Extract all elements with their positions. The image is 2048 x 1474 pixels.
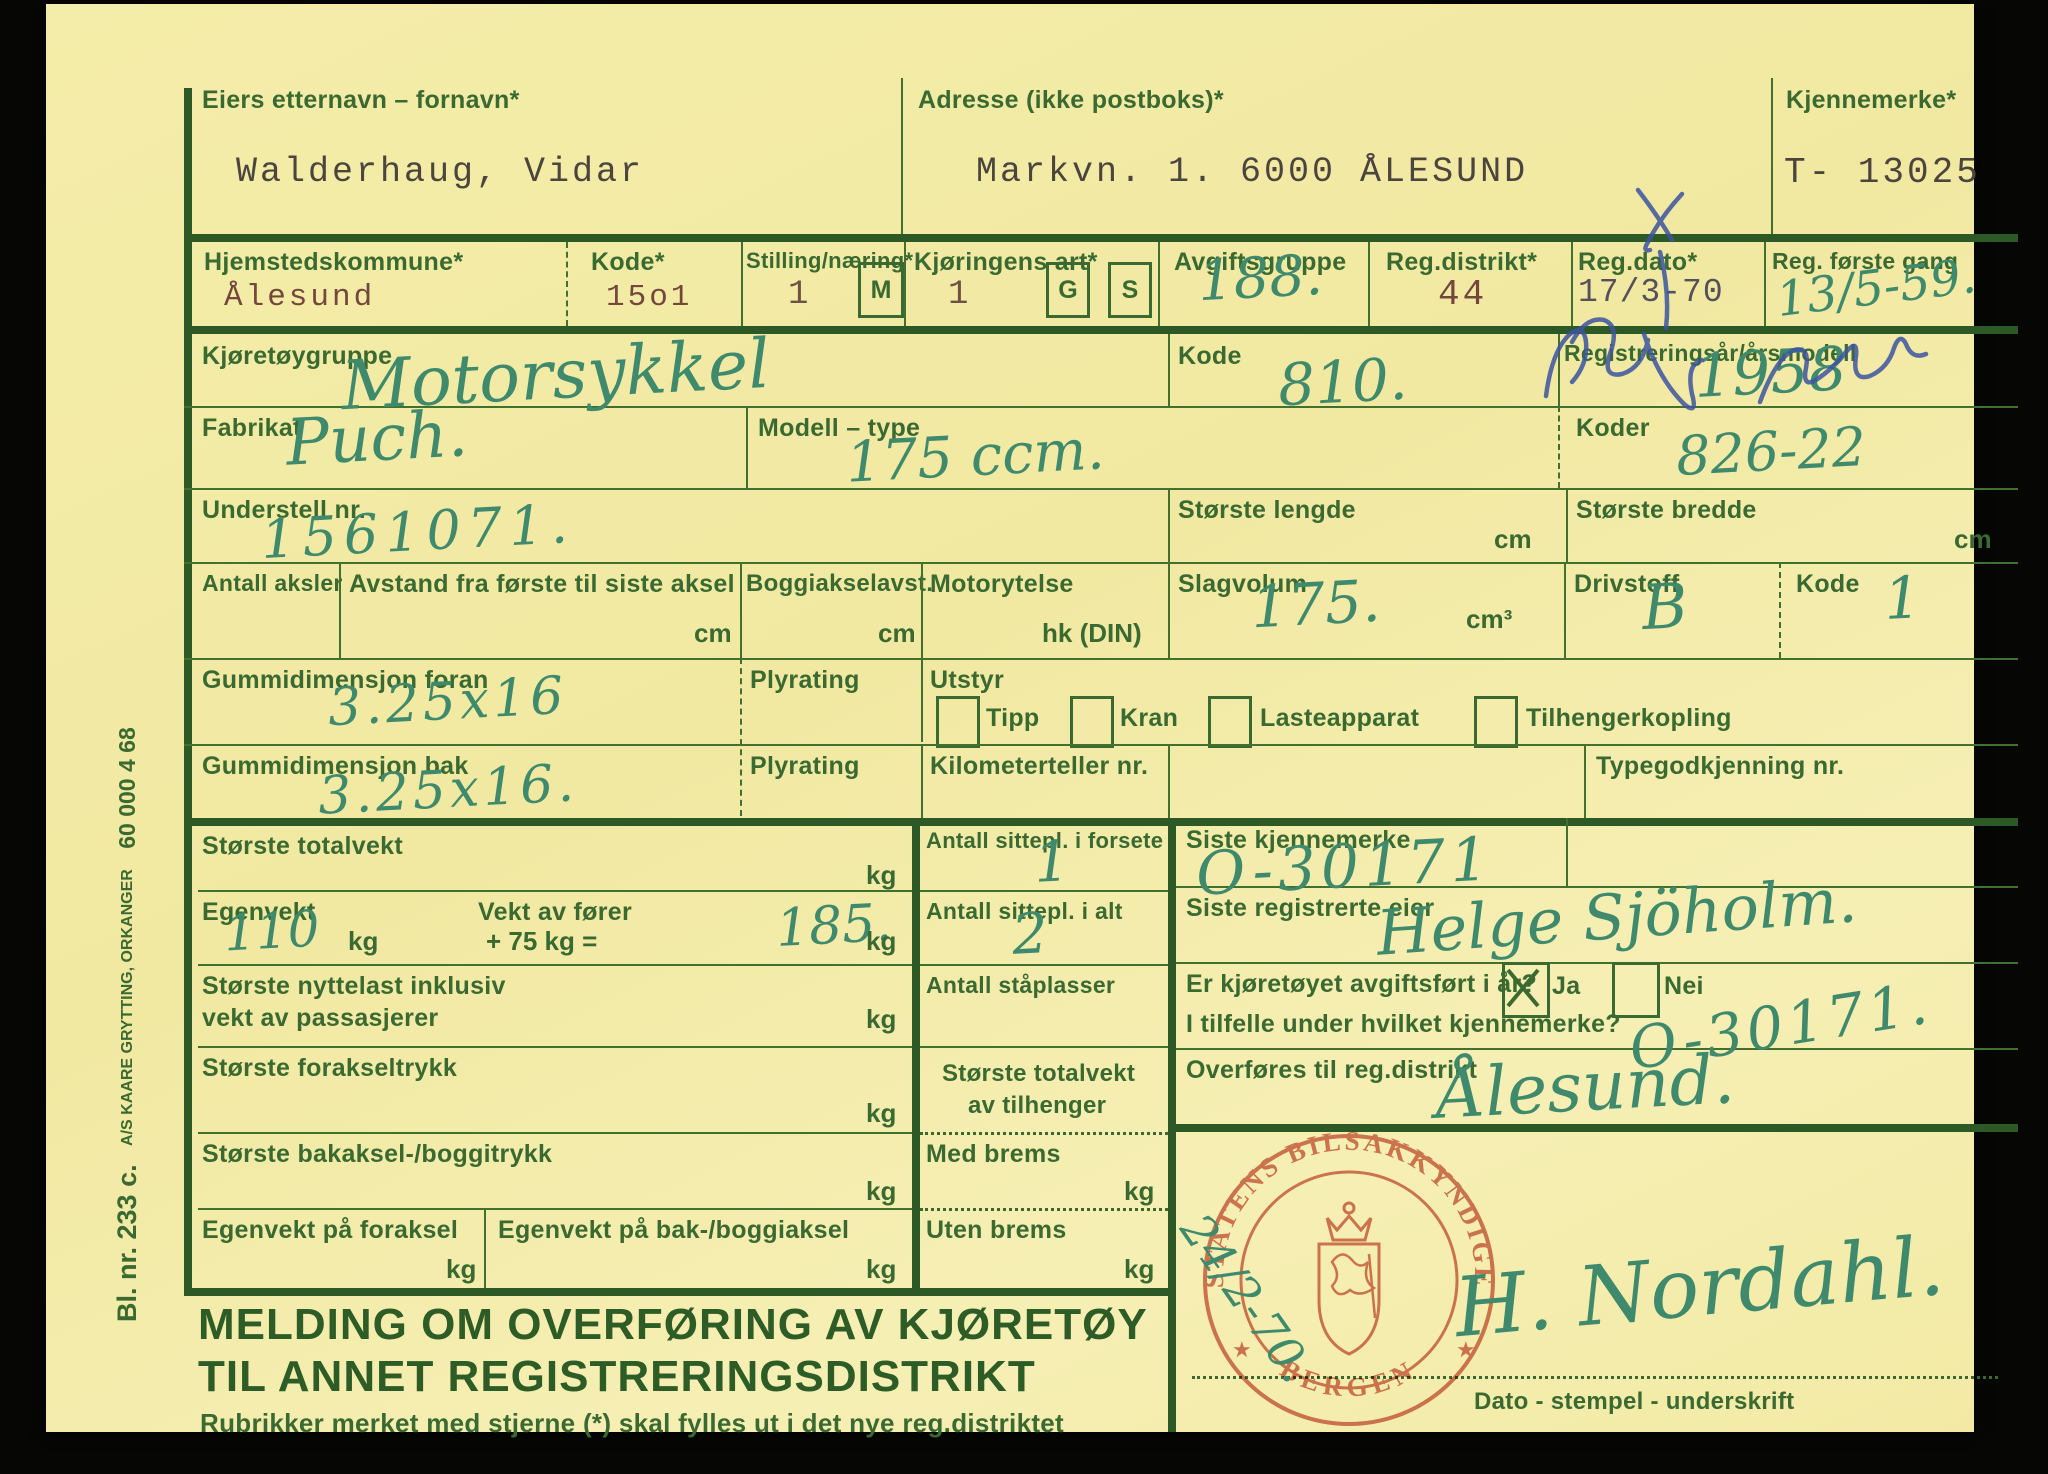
row-border: [198, 890, 912, 892]
row-border: [920, 890, 1168, 892]
divider: [921, 658, 923, 742]
plate-value: T- 13025: [1784, 152, 1981, 193]
kg-unit: kg: [348, 926, 378, 957]
distrikt-label: Reg.distrikt*: [1386, 248, 1537, 277]
divider: [1566, 488, 1568, 562]
koder-label: Koder: [1576, 414, 1650, 443]
ja-checkbox-mark: [1502, 962, 1544, 1012]
med-brems-label: Med brems: [926, 1140, 1061, 1169]
signature: H. Nordahl.: [1451, 1219, 1948, 1356]
row-border: [198, 1046, 912, 1048]
section-border: [184, 234, 2018, 242]
boggi-label: Boggiakselavst.: [746, 570, 933, 598]
print-run: 60 000 4 68: [114, 727, 140, 849]
divider: [921, 562, 923, 658]
divider: [1168, 562, 1170, 658]
divider: [1168, 334, 1170, 406]
kg-unit: kg: [1124, 1176, 1154, 1207]
divider: [740, 562, 742, 658]
row-border: [198, 964, 912, 966]
section-border: [184, 326, 2018, 334]
row-border: [184, 744, 2018, 746]
divider-dashed: [1779, 562, 1781, 658]
uten-brems-label: Uten brems: [926, 1216, 1067, 1245]
dato-value: 17/3-70: [1578, 274, 1724, 311]
footer-title-line1: MELDING OM OVERFØRING AV KJØRETØY: [198, 1300, 1148, 1350]
totalvekt-label: Største totalvekt: [202, 832, 403, 861]
distrikt-value: 44: [1438, 274, 1487, 315]
sittepl-alt-value: 2: [1010, 901, 1049, 968]
lengde-unit: cm: [1494, 524, 1532, 555]
owner-value: Walderhaug, Vidar: [236, 152, 644, 192]
tilhengerkopling-label: Tilhengerkopling: [1526, 704, 1732, 733]
dato-label: Reg.dato*: [1578, 248, 1697, 277]
ja-label: Ja: [1552, 972, 1580, 1001]
owner-label: Eiers etternavn – fornavn*: [202, 86, 520, 115]
egenvekt-value: 110: [223, 900, 321, 963]
foraksel-label: Største forakseltrykk: [202, 1054, 457, 1083]
row-border: [184, 658, 2018, 660]
plyrating-label: Plyrating: [750, 666, 860, 695]
row-border: [184, 562, 2018, 564]
divider: [1168, 488, 1170, 562]
kommune-value: Ålesund: [224, 280, 375, 315]
row-border: [1176, 962, 2018, 964]
lasteapparat-checkbox: [1208, 696, 1252, 748]
regaar-value: 1958: [1692, 334, 1848, 412]
forer-formula: + 75 kg =: [486, 926, 597, 957]
aksler-label: Antall aksler: [202, 570, 343, 597]
fabrikat-value: Puch.: [284, 397, 469, 480]
kg-unit: kg: [1124, 1254, 1154, 1285]
row-border: [198, 1132, 912, 1134]
stamp-coat-of-arms: [1319, 1203, 1379, 1354]
divider: [1771, 78, 1773, 234]
motor-unit: hk (DIN): [1042, 618, 1142, 649]
divider: [1168, 744, 1170, 818]
avstand-label: Avstand fra første til siste aksel: [349, 570, 735, 599]
bakaksel-label: Største bakaksel-/boggitrykk: [202, 1140, 552, 1169]
printer-name: A/S KAARE GRYTTING, ORKANGER: [119, 869, 136, 1146]
tilhenger-label-2: av tilhenger: [968, 1092, 1106, 1120]
drivstoff-kode-label: Kode: [1796, 570, 1860, 599]
utstyr-label: Utstyr: [930, 666, 1004, 695]
kjennemerke-question: I tilfelle under hvilket kjennemerke?: [1186, 1010, 1621, 1039]
footer-title-line2: TIL ANNET REGISTRERINGSDISTRIKT: [198, 1352, 1036, 1402]
divider: [1158, 242, 1160, 326]
divider: [904, 242, 906, 326]
boggi-unit: cm: [878, 618, 916, 649]
divider-dashed: [566, 242, 568, 326]
tilhenger-label-1: Største totalvekt: [942, 1060, 1135, 1088]
address-label: Adresse (ikke postboks)*: [918, 86, 1224, 115]
divider-dashed: [740, 658, 742, 816]
row-border: [920, 964, 1168, 966]
form-number: Bl. nr. 233 c.: [112, 1164, 142, 1322]
avgift-value: 188.: [1196, 243, 1324, 314]
kode810-label: Kode: [1178, 342, 1242, 371]
lasteapparat-label: Lasteapparat: [1260, 704, 1419, 733]
kg-unit: kg: [866, 1004, 896, 1035]
divider: [484, 1208, 486, 1288]
forer-label: Vekt av fører: [478, 898, 632, 927]
stilling-value: 1: [788, 276, 811, 314]
kode-value: 15o1: [606, 280, 692, 315]
section-border: [184, 1288, 1174, 1296]
gummi-foran-value: 3.25x16: [327, 666, 569, 738]
staplasser-label: Antall ståplasser: [926, 972, 1115, 999]
kommune-label: Hjemstedskommune*: [204, 248, 463, 277]
bredde-unit: cm: [1954, 524, 1992, 555]
plate-label: Kjennemerke*: [1786, 86, 1956, 115]
kg-unit: kg: [866, 860, 896, 891]
bredde-label: Største bredde: [1576, 496, 1757, 525]
divider-dashed: [1558, 406, 1560, 488]
divider: [339, 562, 341, 658]
nei-label: Nei: [1664, 972, 1704, 1001]
form-left-border: [184, 88, 192, 1292]
divider: [1764, 242, 1766, 326]
art-value: 1: [948, 276, 971, 314]
kg-unit: kg: [866, 1176, 896, 1207]
tilhengerkopling-checkbox: [1474, 696, 1518, 748]
divider: [1564, 562, 1566, 658]
koder-value: 826-22: [1674, 415, 1867, 488]
row-border: [198, 1208, 912, 1210]
divider: [741, 242, 743, 326]
overfores-value: Ålesund.: [1434, 1040, 1736, 1135]
divider: [1571, 242, 1573, 326]
divider: [1368, 242, 1370, 326]
scanned-registration-card: Bl. nr. 233 c. A/S KAARE GRYTTING, ORKAN…: [0, 0, 2048, 1474]
plyrating2-label: Plyrating: [750, 752, 860, 781]
tipp-label: Tipp: [986, 704, 1040, 733]
egenvekt-foraksel-label: Egenvekt på foraksel: [202, 1216, 458, 1245]
kg-unit: kg: [446, 1254, 476, 1285]
printer-imprint: Bl. nr. 233 c. A/S KAARE GRYTTING, ORKAN…: [112, 552, 156, 1322]
address-value: Markvn. 1. 6000 ÅLESUND: [976, 152, 1528, 192]
motor-label: Motorytelse: [930, 570, 1074, 599]
drivstoff-value: B: [1640, 569, 1689, 644]
kg-unit: kg: [866, 926, 896, 957]
row-border-dotted: [920, 1132, 1168, 1135]
stilling-code-box: M: [858, 262, 904, 318]
art-code-box-s: S: [1108, 262, 1152, 318]
egenvekt-bak-label: Egenvekt på bak-/boggiaksel: [498, 1216, 849, 1245]
kran-label: Kran: [1120, 704, 1178, 733]
divider: [1566, 818, 1568, 886]
footer-note: Rubrikker merket med stjerne (*) skal fy…: [200, 1408, 1064, 1439]
divider: [1558, 334, 1560, 406]
km-label: Kilometerteller nr.: [930, 752, 1148, 781]
slagvolum-unit: cm³: [1466, 604, 1512, 635]
tipp-checkbox: [936, 696, 980, 748]
gummi-bak-value: 3.25x16.: [317, 753, 580, 827]
divider: [746, 406, 748, 488]
slagvolum-value: 175.: [1249, 567, 1382, 642]
kode810-value: 810.: [1276, 345, 1409, 420]
row-border-dotted: [920, 1208, 1168, 1211]
kran-checkbox: [1070, 696, 1114, 748]
kg-unit: kg: [866, 1098, 896, 1129]
nyttelast-label-1: Største nyttelast inklusiv: [202, 972, 506, 1001]
lengde-label: Største lengde: [1178, 496, 1356, 525]
card-background: Bl. nr. 233 c. A/S KAARE GRYTTING, ORKAN…: [46, 4, 1974, 1432]
divider: [921, 744, 923, 818]
avstand-unit: cm: [694, 618, 732, 649]
kode-label: Kode*: [591, 248, 665, 277]
row-border: [184, 488, 2018, 490]
kg-unit: kg: [866, 1254, 896, 1285]
forsete-value: 1: [1032, 829, 1071, 896]
row-border: [920, 1046, 1168, 1048]
divider: [1584, 744, 1586, 818]
typegodkjenning-label: Typegodkjenning nr.: [1596, 752, 1844, 781]
avgift-question: Er kjøretøyet avgiftsført i år?: [1186, 970, 1537, 999]
modell-value: 175 ccm.: [844, 417, 1105, 495]
nyttelast-label-2: vekt av passasjerer: [202, 1004, 438, 1033]
drivstoff-kode-value: 1: [1882, 563, 1922, 633]
column-divider: [912, 818, 920, 1288]
art-code-box-g: G: [1046, 262, 1090, 318]
divider: [901, 78, 903, 234]
